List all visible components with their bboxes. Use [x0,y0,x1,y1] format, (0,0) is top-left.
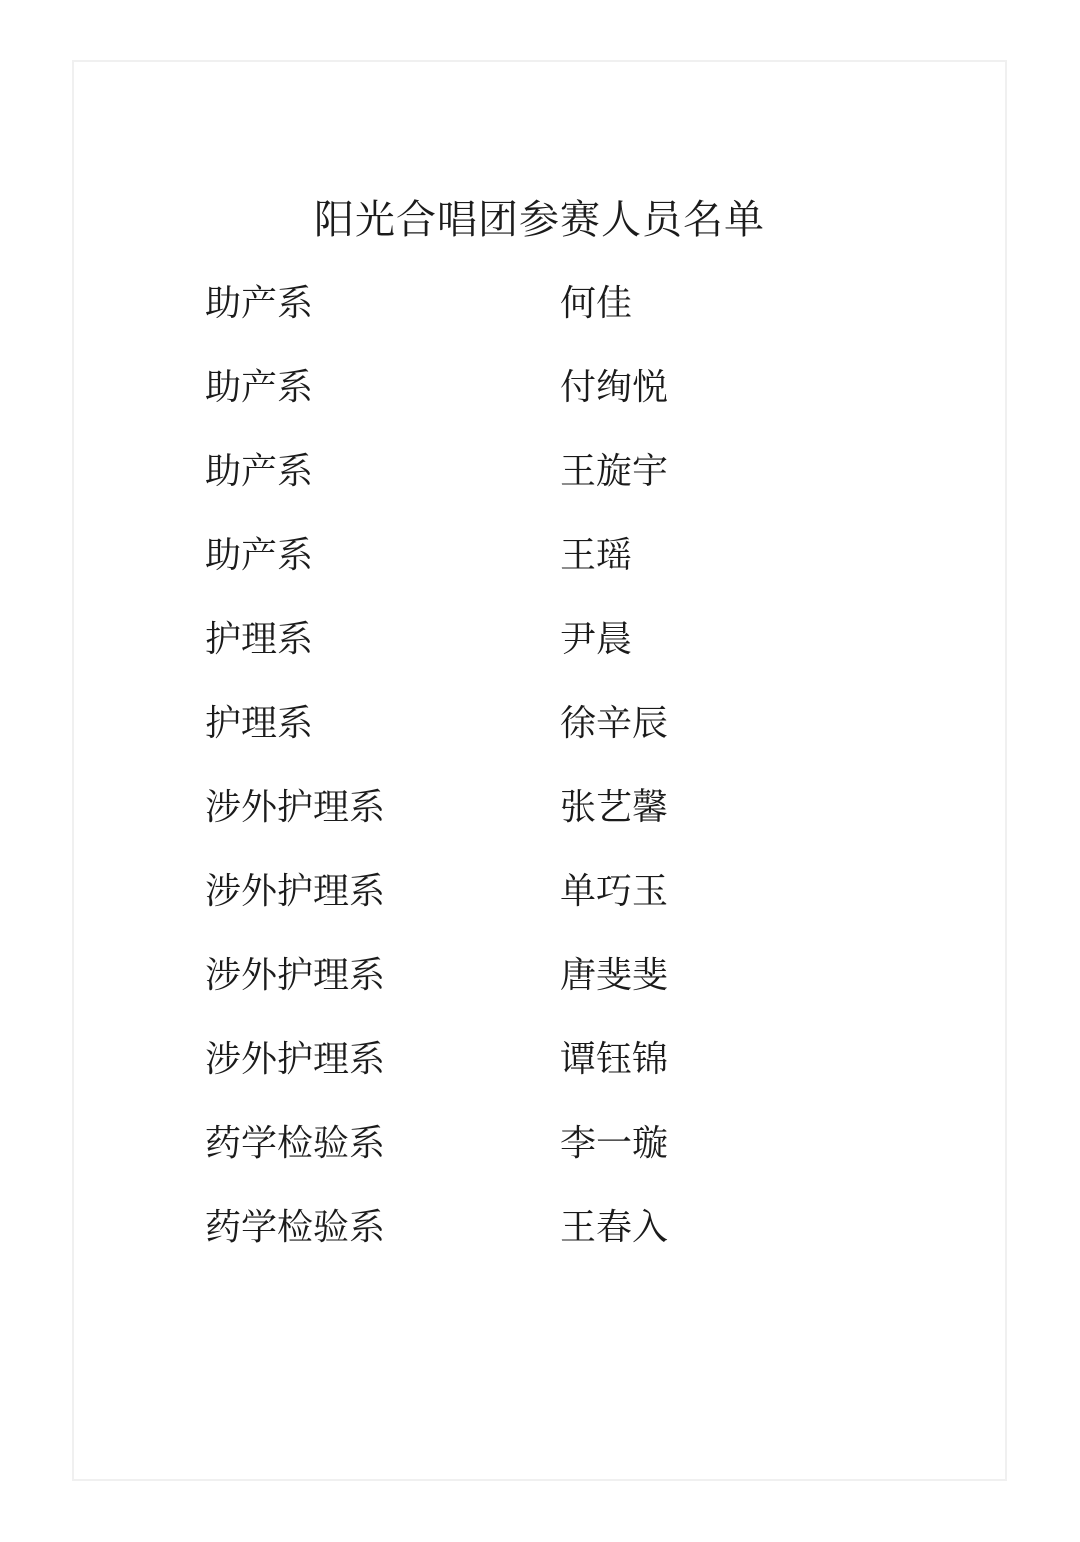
member-row: 护理系徐辛辰 [205,706,1005,790]
member-row: 助产系何佳 [205,286,1005,370]
department-cell: 涉外护理系 [205,1042,560,1078]
name-cell: 李一璇 [560,1126,668,1162]
department-cell: 涉外护理系 [205,874,560,910]
name-cell: 谭钰锦 [560,1042,668,1078]
member-row: 助产系付绚悦 [205,370,1005,454]
name-cell: 唐斐斐 [560,958,668,994]
member-row: 助产系王旋宇 [205,454,1005,538]
member-row: 涉外护理系唐斐斐 [205,958,1005,1042]
member-list: 助产系何佳助产系付绚悦助产系王旋宇助产系王瑶护理系尹晨护理系徐辛辰涉外护理系张艺… [74,286,1005,1294]
department-cell: 涉外护理系 [205,958,560,994]
name-cell: 尹晨 [560,622,632,658]
name-cell: 张艺馨 [560,790,668,826]
department-cell: 助产系 [205,538,560,574]
department-cell: 护理系 [205,622,560,658]
member-row: 药学检验系李一璇 [205,1126,1005,1210]
member-row: 护理系尹晨 [205,622,1005,706]
name-cell: 王旋宇 [560,454,668,490]
department-cell: 助产系 [205,286,560,322]
name-cell: 王春入 [560,1210,668,1246]
document-sheet: 阳光合唱团参赛人员名单 助产系何佳助产系付绚悦助产系王旋宇助产系王瑶护理系尹晨护… [72,60,1007,1481]
department-cell: 助产系 [205,454,560,490]
document-page-background: 阳光合唱团参赛人员名单 助产系何佳助产系付绚悦助产系王旋宇助产系王瑶护理系尹晨护… [0,0,1080,1542]
member-row: 涉外护理系谭钰锦 [205,1042,1005,1126]
department-cell: 药学检验系 [205,1210,560,1246]
name-cell: 徐辛辰 [560,706,668,742]
name-cell: 王瑶 [560,538,632,574]
department-cell: 药学检验系 [205,1126,560,1162]
department-cell: 涉外护理系 [205,790,560,826]
name-cell: 何佳 [560,286,632,322]
member-row: 助产系王瑶 [205,538,1005,622]
member-row: 药学检验系王春入 [205,1210,1005,1294]
department-cell: 助产系 [205,370,560,406]
name-cell: 单巧玉 [560,874,668,910]
name-cell: 付绚悦 [560,370,668,406]
document-title: 阳光合唱团参赛人员名单 [74,62,1005,242]
member-row: 涉外护理系单巧玉 [205,874,1005,958]
member-row: 涉外护理系张艺馨 [205,790,1005,874]
department-cell: 护理系 [205,706,560,742]
